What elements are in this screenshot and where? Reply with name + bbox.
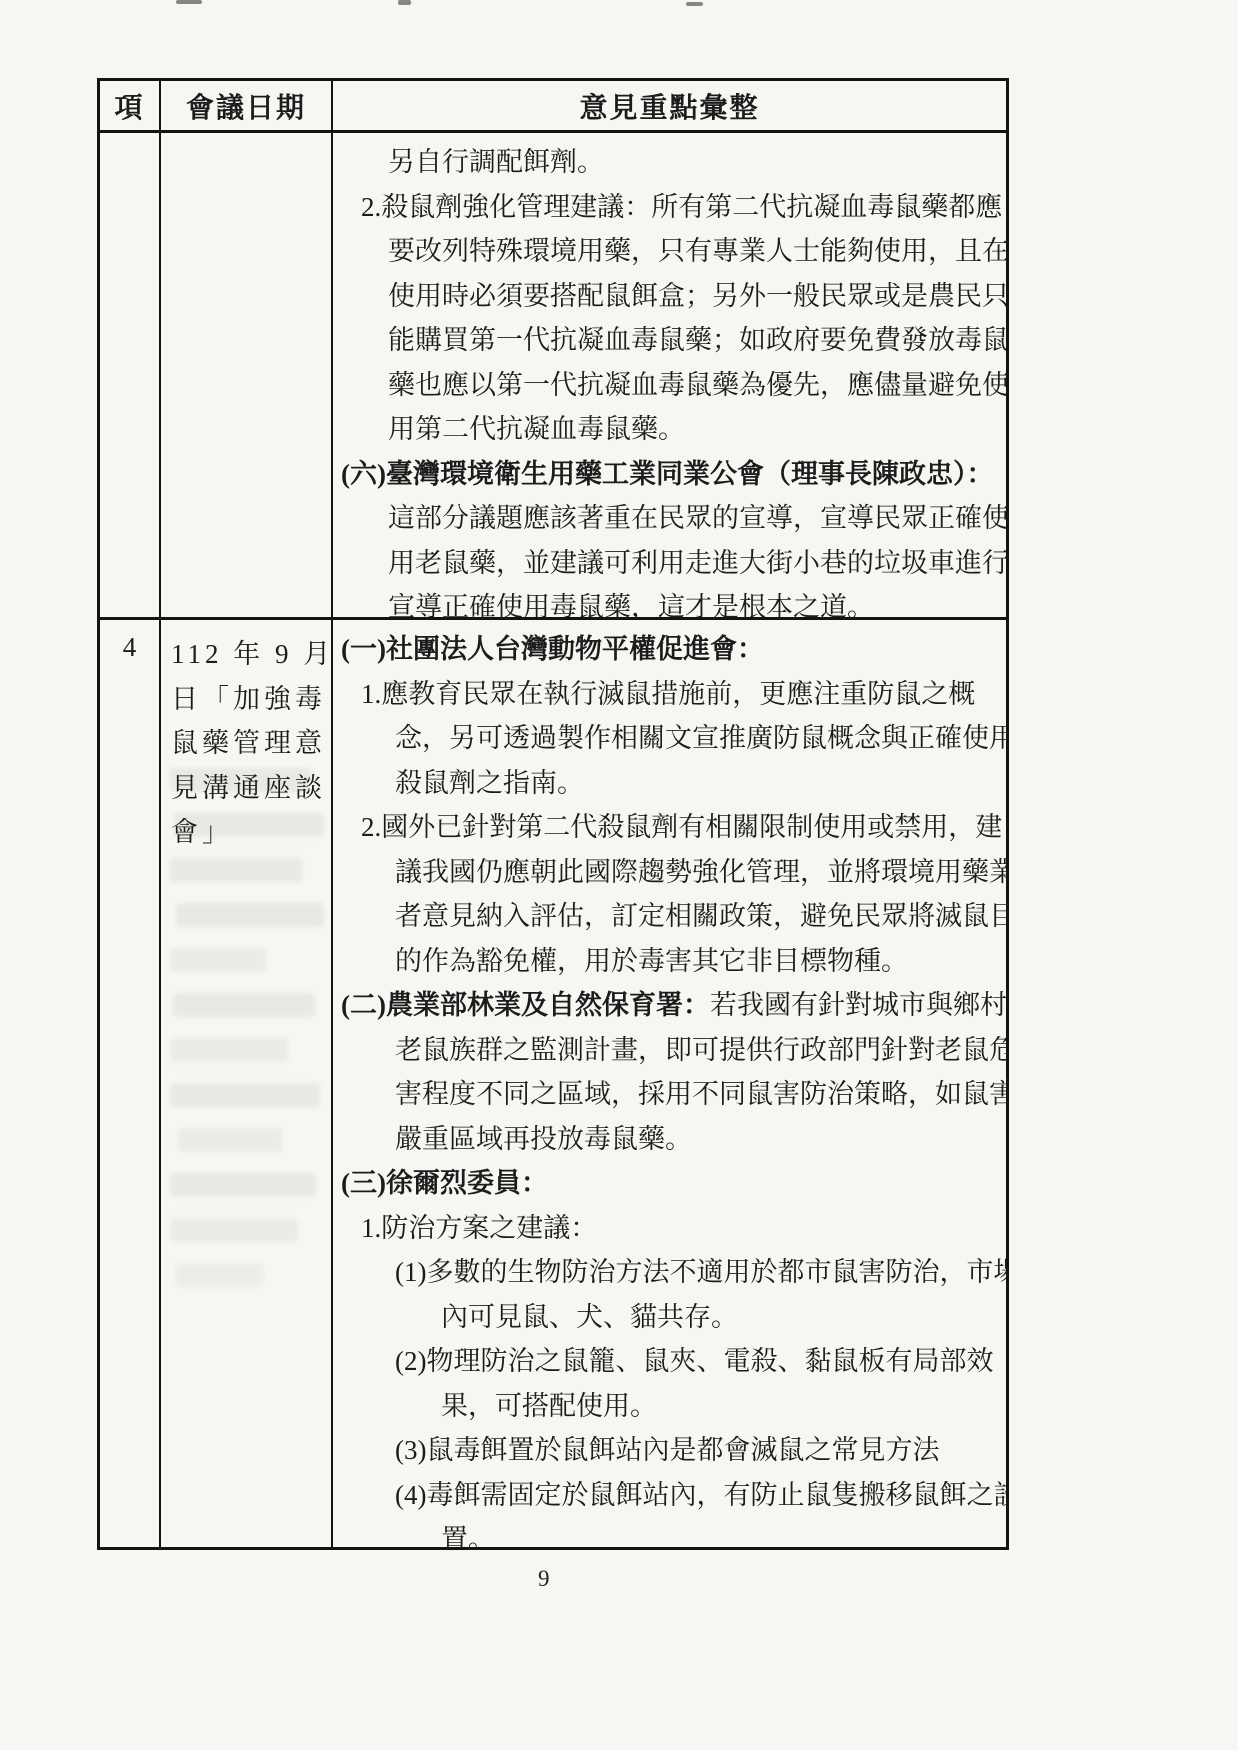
content-line: 1.應教育民眾在執行滅鼠措施前，更應注重防鼠之概 [333, 672, 1006, 717]
content-line: 2.殺鼠劑強化管理建議：所有第二代抗凝血毒鼠藥都應 [333, 185, 1006, 230]
row-content-cell: 另自行調配餌劑。2.殺鼠劑強化管理建議：所有第二代抗凝血毒鼠藥都應要改列特殊環境… [333, 133, 1006, 617]
table-row: 4 112 年 9 月 18日「加強毒鼠藥管理意見溝通座談會」 (一)社團法人台… [100, 620, 1006, 1547]
content-line: 議我國仍應朝此國際趨勢強化管理，並將環境用藥業 [333, 850, 1006, 895]
meeting-opinions-table: 項 會議日期 意見重點彙整 另自行調配餌劑。2.殺鼠劑強化管理建議：所有第二代抗… [97, 78, 1009, 1550]
content-line: 念，另可透過製作相關文宣推廣防鼠概念與正確使用 [333, 716, 1006, 761]
date-line: 會」 [171, 810, 327, 855]
content-line: 用老鼠藥，並建議可利用走進大街小巷的垃圾車進行 [333, 541, 1006, 586]
date-line: 日「加強毒 [171, 677, 327, 722]
content-line: 使用時必須要搭配鼠餌盒；另外一般民眾或是農民只 [333, 274, 1006, 319]
scan-artifact [176, 0, 202, 4]
content-line: 1.防治方案之建議： [333, 1206, 1006, 1251]
row-date-cell [161, 133, 333, 617]
content-line: (三)徐爾烈委員： [333, 1161, 1006, 1206]
content-line: 果，可搭配使用。 [333, 1384, 1006, 1429]
row-content-cell: (一)社團法人台灣動物平權促進會：1.應教育民眾在執行滅鼠措施前，更應注重防鼠之… [333, 620, 1006, 1547]
scanned-document-page: 項 會議日期 意見重點彙整 另自行調配餌劑。2.殺鼠劑強化管理建議：所有第二代抗… [0, 0, 1238, 1750]
content-line: (4)毒餌需固定於鼠餌站內，有防止鼠隻搬移鼠餌之設 [333, 1473, 1006, 1518]
content-line: 能購買第一代抗凝血毒鼠藥；如政府要免費發放毒鼠 [333, 318, 1006, 363]
content-line: 嚴重區域再投放毒鼠藥。 [333, 1117, 1006, 1162]
row-item-cell: 4 [100, 620, 161, 1547]
content-line: 老鼠族群之監測計畫，即可提供行政部門針對老鼠危 [333, 1028, 1006, 1073]
scan-artifact [398, 0, 411, 5]
content-line: 要改列特殊環境用藥，只有專業人士能夠使用，且在 [333, 229, 1006, 274]
content-line: 2.國外已針對第二代殺鼠劑有相關限制使用或禁用，建 [333, 805, 1006, 850]
content-line: (2)物理防治之鼠籠、鼠夾、電殺、黏鼠板有局部效 [333, 1339, 1006, 1384]
table-row: 另自行調配餌劑。2.殺鼠劑強化管理建議：所有第二代抗凝血毒鼠藥都應要改列特殊環境… [100, 133, 1006, 620]
row-item-cell [100, 133, 161, 617]
content-line: (六)臺灣環境衛生用藥工業同業公會（理事長陳政忠）： [333, 452, 1006, 497]
content-line: 另自行調配餌劑。 [333, 140, 1006, 185]
content-line: 用第二代抗凝血毒鼠藥。 [333, 407, 1006, 452]
content-line: 這部分議題應該著重在民眾的宣導，宣導民眾正確使 [333, 496, 1006, 541]
col-header-opinion-summary: 意見重點彙整 [333, 81, 1006, 130]
content-line: 者意見納入評估，訂定相關政策，避免民眾將滅鼠目 [333, 894, 1006, 939]
date-line: 112 年 9 月 18 [171, 632, 327, 677]
content-line: 置。 [333, 1517, 1006, 1547]
content-line: 殺鼠劑之指南。 [333, 761, 1006, 806]
scan-artifact [686, 2, 703, 6]
content-line: (二)農業部林業及自然保育署：若我國有針對城市與鄉村 [333, 983, 1006, 1028]
content-line: 的作為豁免權，用於毒害其它非目標物種。 [333, 939, 1006, 984]
content-line: 藥也應以第一代抗凝血毒鼠藥為優先，應儘量避免使 [333, 363, 1006, 408]
content-line: (1)多數的生物防治方法不適用於都市鼠害防治，市場 [333, 1250, 1006, 1295]
content-line: 宣導正確使用毒鼠藥，這才是根本之道。 [333, 585, 1006, 617]
col-header-item: 項 [100, 81, 161, 130]
date-line: 見溝通座談 [171, 766, 327, 811]
content-line: (3)鼠毒餌置於鼠餌站內是都會滅鼠之常見方法 [333, 1428, 1006, 1473]
content-line: 害程度不同之區域，採用不同鼠害防治策略，如鼠害 [333, 1072, 1006, 1117]
content-line: 內可見鼠、犬、貓共存。 [333, 1295, 1006, 1340]
page-number: 9 [538, 1566, 550, 1592]
row-date-cell: 112 年 9 月 18日「加強毒鼠藥管理意見溝通座談會」 [161, 620, 333, 1547]
col-header-meeting-date: 會議日期 [161, 81, 333, 130]
table-header-row: 項 會議日期 意見重點彙整 [100, 81, 1006, 133]
content-line: (一)社團法人台灣動物平權促進會： [333, 627, 1006, 672]
date-line: 鼠藥管理意 [171, 721, 327, 766]
